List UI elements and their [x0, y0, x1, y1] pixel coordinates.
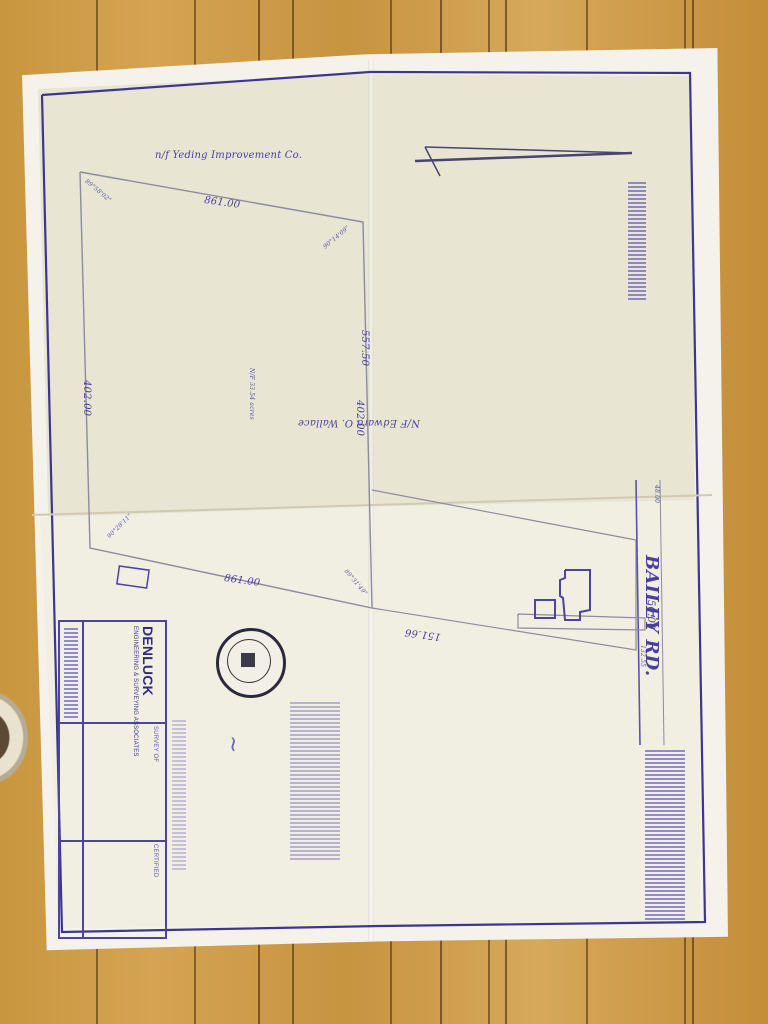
title-block-divider: [82, 622, 84, 937]
surveyor-seal: [216, 628, 286, 698]
dimension-left-boundary: 402.00: [81, 380, 92, 416]
firm-name: DENLUCK: [140, 626, 156, 696]
survey-of-label: SURVEY OF: [152, 726, 158, 762]
certification-text-block: [290, 700, 340, 860]
title-block-divider: [60, 722, 165, 724]
title-block-divider: [60, 840, 165, 842]
dimension-right-upper: 557.50: [359, 330, 370, 366]
lot-area-label: N/F 33.54 acres: [248, 368, 255, 420]
surveyor-signature: ~: [220, 735, 245, 754]
title-block: DENLUCK ENGINEERING & SURVEYING ASSOCIAT…: [58, 620, 167, 939]
firm-subtitle: ENGINEERING & SURVEYING ASSOCIATES: [132, 626, 138, 757]
dimension-frontage-bottom: 132.55: [639, 645, 646, 667]
road-width-label: 50.00: [645, 600, 656, 630]
bottom-note-block: [172, 720, 186, 870]
certified-label: CERTIFIED: [152, 844, 158, 877]
reference-notes-block: [628, 180, 646, 300]
right-margin-note-block: [645, 750, 685, 920]
neighbor-label-top: n/f Yeding Improvement Co.: [155, 150, 302, 161]
adjoining-owner-label: N/F Edward O. Wallace: [298, 417, 420, 428]
title-block-header-text: [64, 626, 78, 718]
dimension-frontage-top: 48.00: [653, 485, 660, 503]
seal-emblem-icon: [241, 653, 255, 667]
